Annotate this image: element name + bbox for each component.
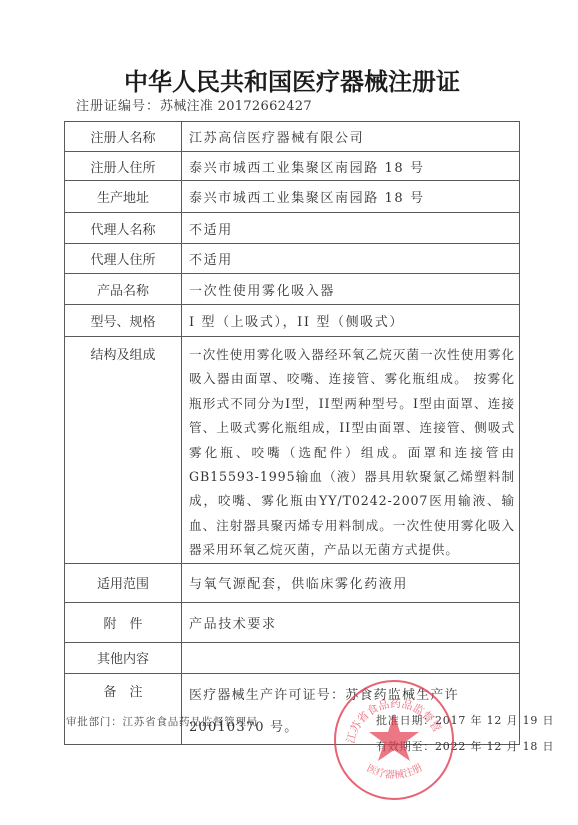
certificate-table: 注册人名称 江苏高信医疗器械有限公司 注册人住所 泰兴市城西工业集聚区南园路 1… xyxy=(64,121,520,745)
table-row: 适用范围 与氧气源配套，供临床雾化药液用 xyxy=(65,563,520,602)
row-label: 适用范围 xyxy=(65,563,182,602)
table-row: 生产地址 泰兴市城西工业集聚区南园路 18 号 xyxy=(65,181,520,213)
row-label: 型号、规格 xyxy=(65,305,182,337)
registration-number: 注册证编号：苏械注准 20172662427 xyxy=(76,95,312,114)
table-row: 型号、规格 I 型（上吸式），II 型（侧吸式） xyxy=(65,305,520,337)
table-row: 备 注 医疗器械生产许可证号：苏食药监械生产许 20010370 号。 xyxy=(65,673,520,744)
approval-date: 批准日期：2017 年 12 月 19 日 xyxy=(376,712,554,728)
table-row: 代理人名称 不适用 xyxy=(65,213,520,244)
table-row: 结构及组成 一次性使用雾化吸入器经环氧乙烷灭菌一次性使用雾化吸入器由面罩、咬嘴、… xyxy=(65,337,520,564)
row-label: 代理人名称 xyxy=(65,213,182,244)
row-value: 泰兴市城西工业集聚区南园路 18 号 xyxy=(182,181,520,213)
row-value: 江苏高信医疗器械有限公司 xyxy=(182,122,520,152)
row-value: 泰兴市城西工业集聚区南园路 18 号 xyxy=(182,152,520,181)
structure-description: 一次性使用雾化吸入器经环氧乙烷灭菌一次性使用雾化吸入器由面罩、咬嘴、连接管、雾化… xyxy=(189,343,519,563)
registration-number-value: 苏械注准 20172662427 xyxy=(160,99,312,114)
row-value: I 型（上吸式），II 型（侧吸式） xyxy=(182,305,520,337)
row-label: 其他内容 xyxy=(65,642,182,673)
row-value: 不适用 xyxy=(182,213,520,244)
approval-department: 审批部门：江苏省食品药品监督管理局 xyxy=(66,714,258,729)
row-value: 与氧气源配套，供临床雾化药液用 xyxy=(182,563,520,602)
registration-number-label: 注册证编号： xyxy=(76,99,160,114)
row-value xyxy=(182,642,520,673)
expiry-date: 有效期至：2022 年 12 月 18 日 xyxy=(376,738,554,754)
row-value: 一次性使用雾化吸入器 xyxy=(182,274,520,305)
row-label: 注册人住所 xyxy=(65,152,182,181)
row-value: 一次性使用雾化吸入器经环氧乙烷灭菌一次性使用雾化吸入器由面罩、咬嘴、连接管、雾化… xyxy=(182,337,520,564)
table-row: 代理人住所 不适用 xyxy=(65,244,520,274)
row-label: 备 注 xyxy=(65,673,182,744)
page-title: 中华人民共和国医疗器械注册证 xyxy=(0,62,578,97)
row-label: 附 件 xyxy=(65,602,182,642)
table-row: 产品名称 一次性使用雾化吸入器 xyxy=(65,274,520,305)
row-label: 生产地址 xyxy=(65,181,182,213)
row-value: 医疗器械生产许可证号：苏食药监械生产许 20010370 号。 xyxy=(182,673,520,744)
table-row: 其他内容 xyxy=(65,642,520,673)
row-value: 产品技术要求 xyxy=(182,602,520,642)
row-label: 产品名称 xyxy=(65,274,182,305)
row-label: 代理人住所 xyxy=(65,244,182,274)
row-label: 注册人名称 xyxy=(65,122,182,152)
table-row: 附 件 产品技术要求 xyxy=(65,602,520,642)
table-row: 注册人名称 江苏高信医疗器械有限公司 xyxy=(65,122,520,152)
table-row: 注册人住所 泰兴市城西工业集聚区南园路 18 号 xyxy=(65,152,520,181)
row-value: 不适用 xyxy=(182,244,520,274)
row-label: 结构及组成 xyxy=(65,337,182,564)
